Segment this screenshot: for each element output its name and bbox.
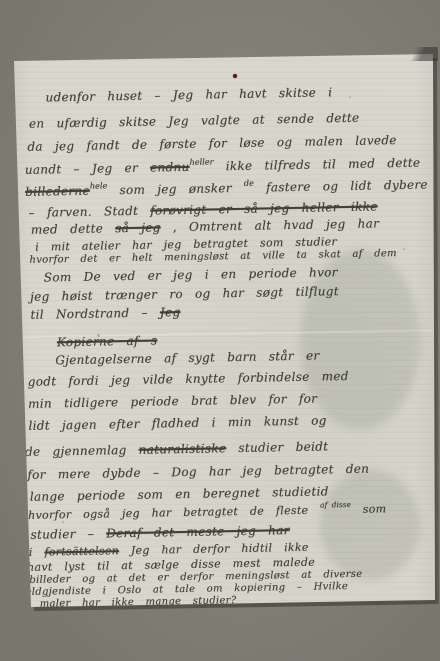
handwritten-line: da jeg fandt de første for løse og malen… [27,133,397,154]
handwritten-text: i [29,546,45,559]
handwritten-text: lidt jagen efter fladhed i min kunst og [28,413,326,432]
handwritten-line: udenfor huset – Jeg har havt skitse i [45,85,332,104]
handwritten-text: Jeg har derfor hidtil ikke [119,541,309,557]
interline-insertion: heller [189,156,213,166]
handwritten-text: jeg høist trænger ro og har søgt tilflug… [30,284,339,304]
handwritten-line: Kopierne af s [57,333,158,349]
paper-corner-shadow [398,47,438,61]
interline-insertion: de [244,178,254,188]
struck-out-text: forøvrigt er så jeg heller ikke [150,199,378,217]
handwritten-text: da jeg fandt de første for løse og malen… [27,133,397,154]
handwritten-text: godt fordi jeg vilde knytte forbindelse … [28,369,349,389]
struck-out-text: endnu [150,160,190,175]
manuscript-lines: udenfor huset – Jeg har havt skitse ien … [0,0,440,661]
handwritten-text: lange periode som en beregnet studietid [30,484,329,503]
handwritten-text: Som De ved er jeg i en periode hvor [44,265,338,284]
handwritten-line: studier – Deraf det meste jeg har [30,523,289,542]
struck-out-text: Kopierne af s [57,333,158,349]
handwritten-line: til Nordstrand – Jeg [30,305,180,322]
handwritten-text: min tidligere periode brat blev for for [28,392,317,411]
handwritten-line: Gjentagelserne af sygt barn står er [55,348,319,367]
struck-out-text: fortsättelsen [44,544,119,558]
handwritten-line: de gjennemlag naturalistiske studier bei… [25,439,329,459]
handwritten-text: studier beidt [226,439,328,455]
handwritten-text: som [351,502,387,516]
handwritten-line: lidt jagen efter fladhed i min kunst og [28,413,326,432]
handwritten-text: en ufærdig skitse Jeg valgte at sende de… [29,111,360,131]
struck-out-text: billederne [25,184,90,199]
handwritten-text: Gjentagelserne af sygt barn står er [55,348,319,367]
interline-insertion: af disse [320,500,351,510]
struck-out-text: Jeg [160,305,181,319]
interline-insertion: hele [90,180,108,190]
struck-out-text: så jeg [115,220,161,235]
handwritten-text: fastere og lidt dybere [254,177,428,194]
handwritten-line: med dette så jeg , Omtrent alt hvad jeg … [31,216,379,236]
handwritten-line: for mere dybde – Dog har jeg betragtet d… [27,462,369,482]
handwritten-text: studier – [30,526,106,541]
handwritten-text: ikke tilfreds til med dette [213,156,420,174]
handwritten-line: jeg høist trænger ro og har søgt tilflug… [30,284,339,304]
handwritten-text: hvorfor også jeg har betragtet de fleste [28,503,320,521]
handwritten-line: min tidligere periode brat blev for for [28,392,317,411]
handwritten-text: som jeg ønsker [107,181,244,197]
handwritten-line: en ufærdig skitse Jeg valgte at sende de… [29,111,360,131]
struck-out-text: naturalistiske [139,441,227,457]
handwritten-text: uandt – Jeg er [25,161,151,177]
handwritten-text: udenfor huset – Jeg har havt skitse i [45,85,332,104]
handwritten-line: lange periode som en beregnet studietid [30,484,329,503]
struck-out-text: Deraf det meste jeg har [106,523,290,540]
handwritten-text: de gjennemlag [25,443,139,459]
handwritten-line: Som De ved er jeg i en periode hvor [44,265,338,284]
handwritten-line: godt fordi jeg vilde knytte forbindelse … [28,369,349,389]
handwritten-text: – farven. Stadt [28,204,150,220]
handwritten-line: hvorfor også jeg har betragtet de fleste… [28,502,386,522]
handwritten-text: med dette [31,221,116,237]
handwritten-text: , Omtrent alt hvad jeg har [160,216,379,234]
handwritten-line: billedernehele som jeg ønsker de fastere… [25,177,428,198]
photo-background: udenfor huset – Jeg har havt skitse ien … [0,0,440,661]
manuscript-paper-sheet: udenfor huset – Jeg har havt skitse ien … [0,0,440,661]
handwritten-text: til Nordstrand – [30,305,160,321]
handwritten-line: uandt – Jeg er endnuheller ikke tilfreds… [25,156,421,177]
handwritten-text: for mere dybde – Dog har jeg betragtet d… [27,462,369,482]
